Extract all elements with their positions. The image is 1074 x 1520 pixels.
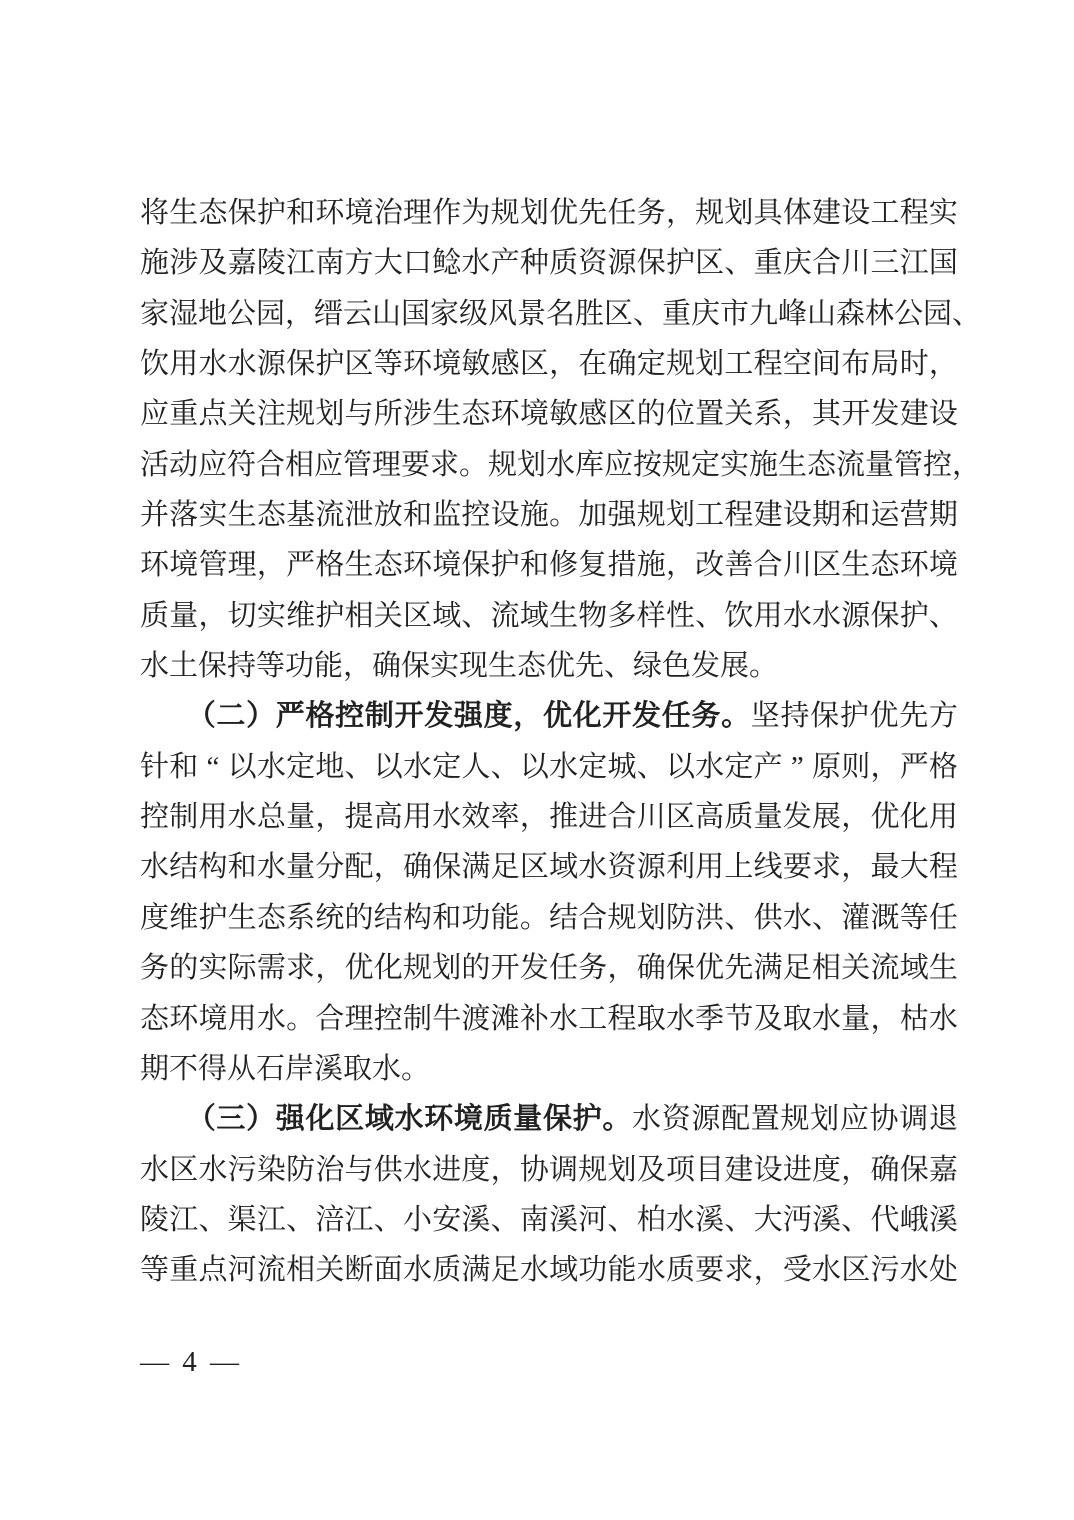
document-line: 施涉及嘉陵江南方大口鲶水产种质资源保护区、重庆合川三江国 bbox=[140, 238, 958, 288]
document-line: 水区水污染防治与供水进度，协调规划及项目建设进度，确保嘉 bbox=[140, 1145, 958, 1195]
paragraph-indent bbox=[140, 716, 186, 717]
document-line: 环境管理，严格生态环境保护和修复措施，改善合川区生态环境 bbox=[140, 540, 958, 590]
document-line: 陵江、渠江、涪江、小安溪、南溪河、柏水溪、大沔溪、代峨溪 bbox=[140, 1195, 958, 1245]
document-line: 等重点河流相关断面水质满足水域功能水质要求，受水区污水处 bbox=[140, 1245, 958, 1295]
document-line: 将生态保护和环境治理作为规划优先任务，规划具体建设工程实 bbox=[140, 188, 958, 238]
document-line: 针和“以水定地、以水定人、以水定城、以水定产”原则，严格 bbox=[140, 742, 958, 792]
document-line: 质量，切实维护相关区域、流域生物多样性、饮用水水源保护、 bbox=[140, 591, 958, 641]
document-line: 活动应符合相应管理要求。规划水库应按规定实施生态流量管控， bbox=[140, 440, 958, 490]
document-line: 度维护生态系统的结构和功能。结合规划防洪、供水、灌溉等任 bbox=[140, 893, 958, 943]
document-page: 将生态保护和环境治理作为规划优先任务，规划具体建设工程实施涉及嘉陵江南方大口鲶水… bbox=[0, 0, 1074, 1520]
document-line: 饮用水水源保护区等环境敏感区，在确定规划工程空间布局时， bbox=[140, 339, 958, 389]
document-line: 控制用水总量，提高用水效率，推进合川区高质量发展，优化用 bbox=[140, 792, 958, 842]
text-block: 将生态保护和环境治理作为规划优先任务，规划具体建设工程实施涉及嘉陵江南方大口鲶水… bbox=[140, 188, 958, 1296]
document-line: 水土保持等功能，确保实现生态优先、绿色发展。 bbox=[140, 641, 958, 691]
document-line: （三）强化区域水环境质量保护。水资源配置规划应协调退 bbox=[140, 1094, 958, 1144]
document-line: 应重点关注规划与所涉生态环境敏感区的位置关系，其开发建设 bbox=[140, 389, 958, 439]
document-line: 家湿地公园，缙云山国家级风景名胜区、重庆市九峰山森林公园、 bbox=[140, 289, 958, 339]
document-line: 务的实际需求，优化规划的开发任务，确保优先满足相关流域生 bbox=[140, 943, 958, 993]
page-number: — 4 — bbox=[140, 1346, 242, 1379]
document-line: （二）严格控制开发强度，优化开发任务。坚持保护优先方 bbox=[140, 691, 958, 741]
document-line: 期不得从石岸溪取水。 bbox=[140, 1044, 958, 1094]
document-line: 水结构和水量分配，确保满足区域水资源利用上线要求，最大程 bbox=[140, 842, 958, 892]
document-line: 并落实生态基流泄放和监控设施。加强规划工程建设期和运营期 bbox=[140, 490, 958, 540]
paragraph-indent bbox=[140, 1119, 186, 1120]
document-line: 态环境用水。合理控制牛渡滩补水工程取水季节及取水量，枯水 bbox=[140, 994, 958, 1044]
